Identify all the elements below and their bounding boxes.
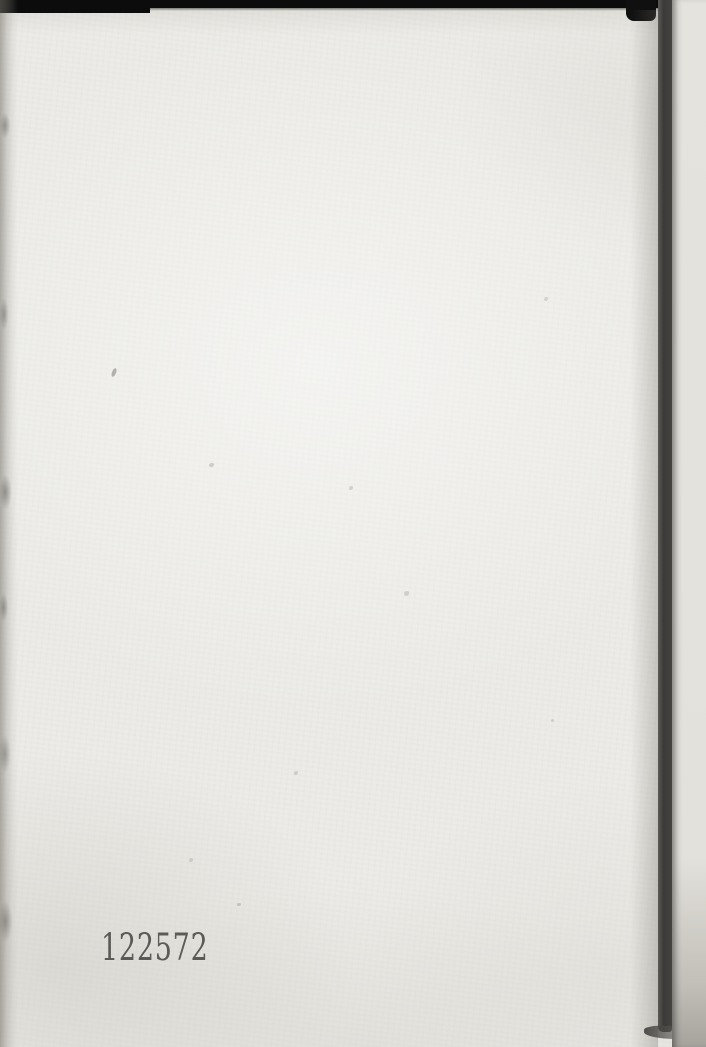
left-deckle-edge <box>0 0 18 1047</box>
paper-speck <box>189 858 193 862</box>
gutter-shadow <box>630 10 658 1047</box>
paper-speck <box>544 297 548 301</box>
page-scan: 122572 <box>0 0 706 1047</box>
paper-speck <box>551 719 554 722</box>
paper-speck <box>209 463 214 467</box>
accession-stamp: 122572 <box>101 929 208 966</box>
page-gutter <box>658 0 672 1032</box>
paper-speck <box>237 903 241 906</box>
paper-speck <box>404 591 409 596</box>
adjacent-page-edge <box>672 0 706 1047</box>
paper-speck <box>111 368 118 378</box>
top-right-edge-block <box>0 0 150 13</box>
paper-texture <box>0 0 706 1047</box>
paper-speck <box>294 771 298 775</box>
paper-speck <box>349 486 353 490</box>
